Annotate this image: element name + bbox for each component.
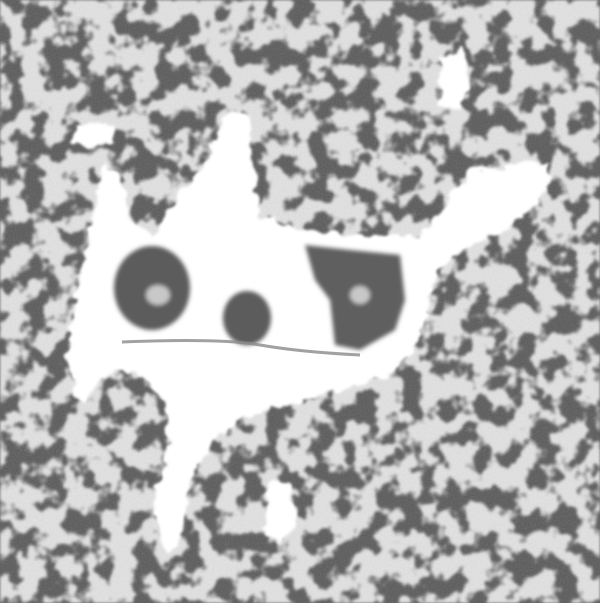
natural-image — [0, 0, 600, 603]
